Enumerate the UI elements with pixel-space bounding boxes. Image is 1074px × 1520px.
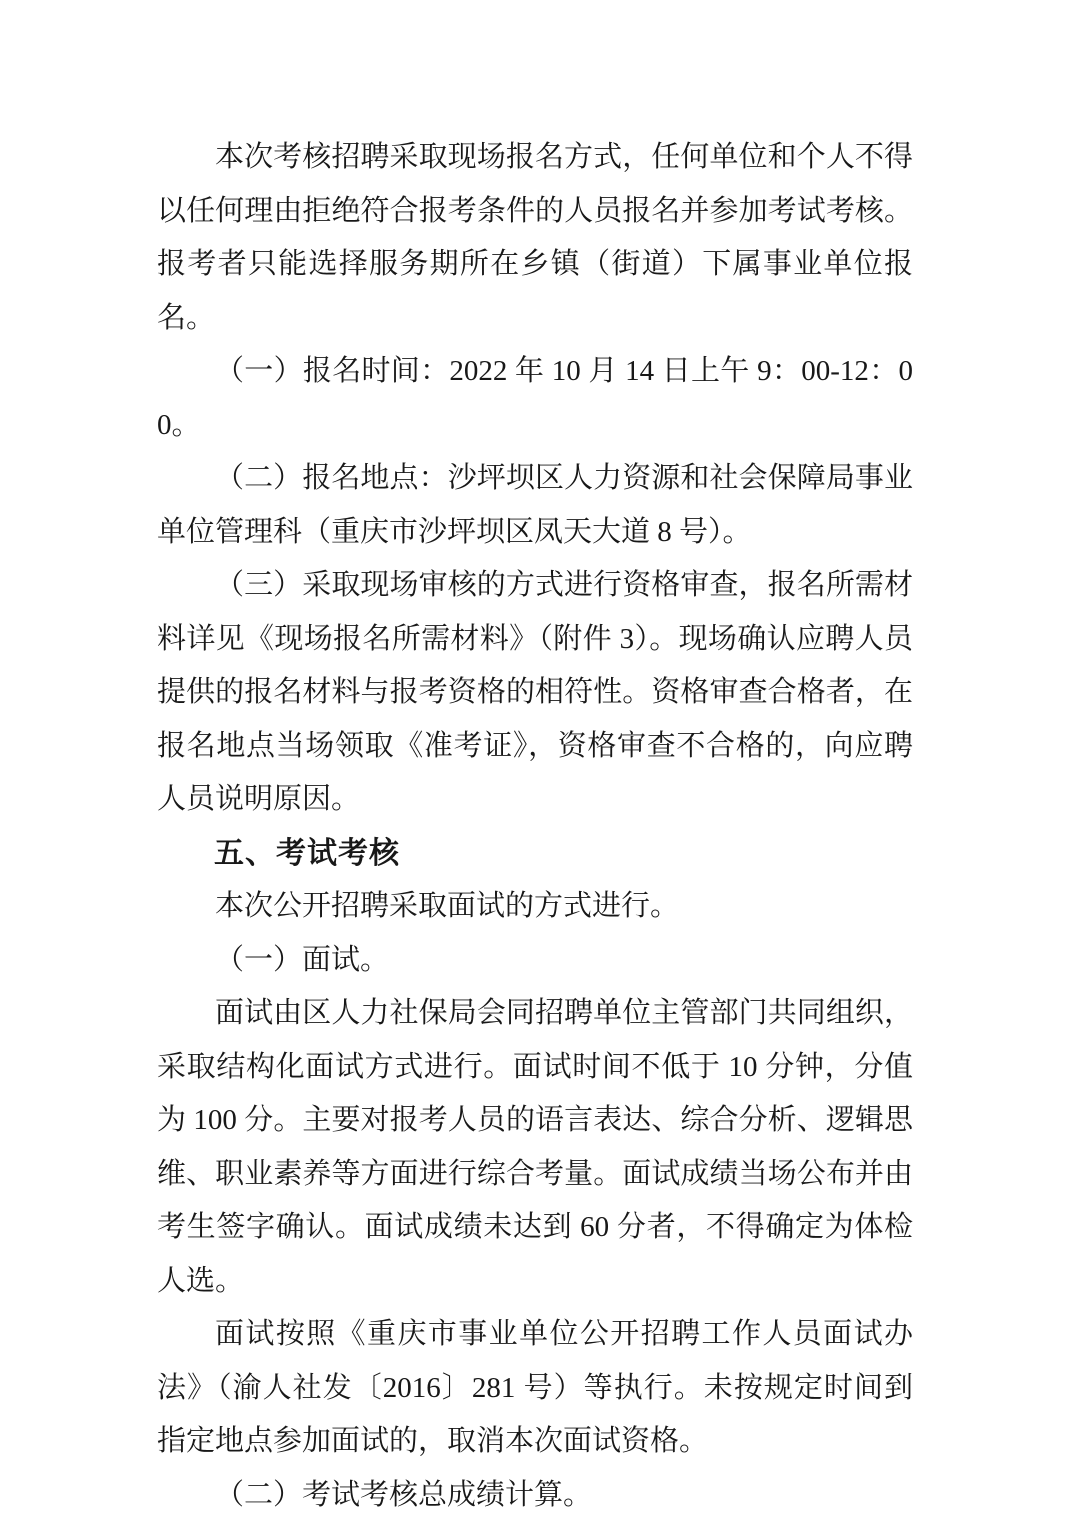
paragraph: （一）面试。 <box>157 934 913 988</box>
section-heading: 五、考试考核 <box>157 827 913 881</box>
paragraph: 面试按照《重庆市事业单位公开招聘工作人员面试办法》（渝人社发〔2016〕281 … <box>157 1308 913 1469</box>
paragraph: 面试由区人力社保局会同招聘单位主管部门共同组织，采取结构化面试方式进行。面试时间… <box>157 987 913 1308</box>
paragraph: （一）报名时间：2022 年 10 月 14 日上午 9：00-12：00。 <box>157 345 913 452</box>
paragraph: 本次公开招聘采取面试的方式进行。 <box>157 880 913 934</box>
document-page: 本次考核招聘采取现场报名方式，任何单位和个人不得以任何理由拒绝符合报考条件的人员… <box>0 0 1074 1520</box>
paragraph: 本次考核招聘采取现场报名方式，任何单位和个人不得以任何理由拒绝符合报考条件的人员… <box>157 131 913 345</box>
paragraph: （二）报名地点：沙坪坝区人力资源和社会保障局事业单位管理科（重庆市沙坪坝区凤天大… <box>157 452 913 559</box>
paragraph: （二）考试考核总成绩计算。 <box>157 1469 913 1520</box>
paragraph: （三）采取现场审核的方式进行资格审查，报名所需材料详见《现场报名所需材料》（附件… <box>157 559 913 827</box>
document-body: 本次考核招聘采取现场报名方式，任何单位和个人不得以任何理由拒绝符合报考条件的人员… <box>157 131 913 1520</box>
